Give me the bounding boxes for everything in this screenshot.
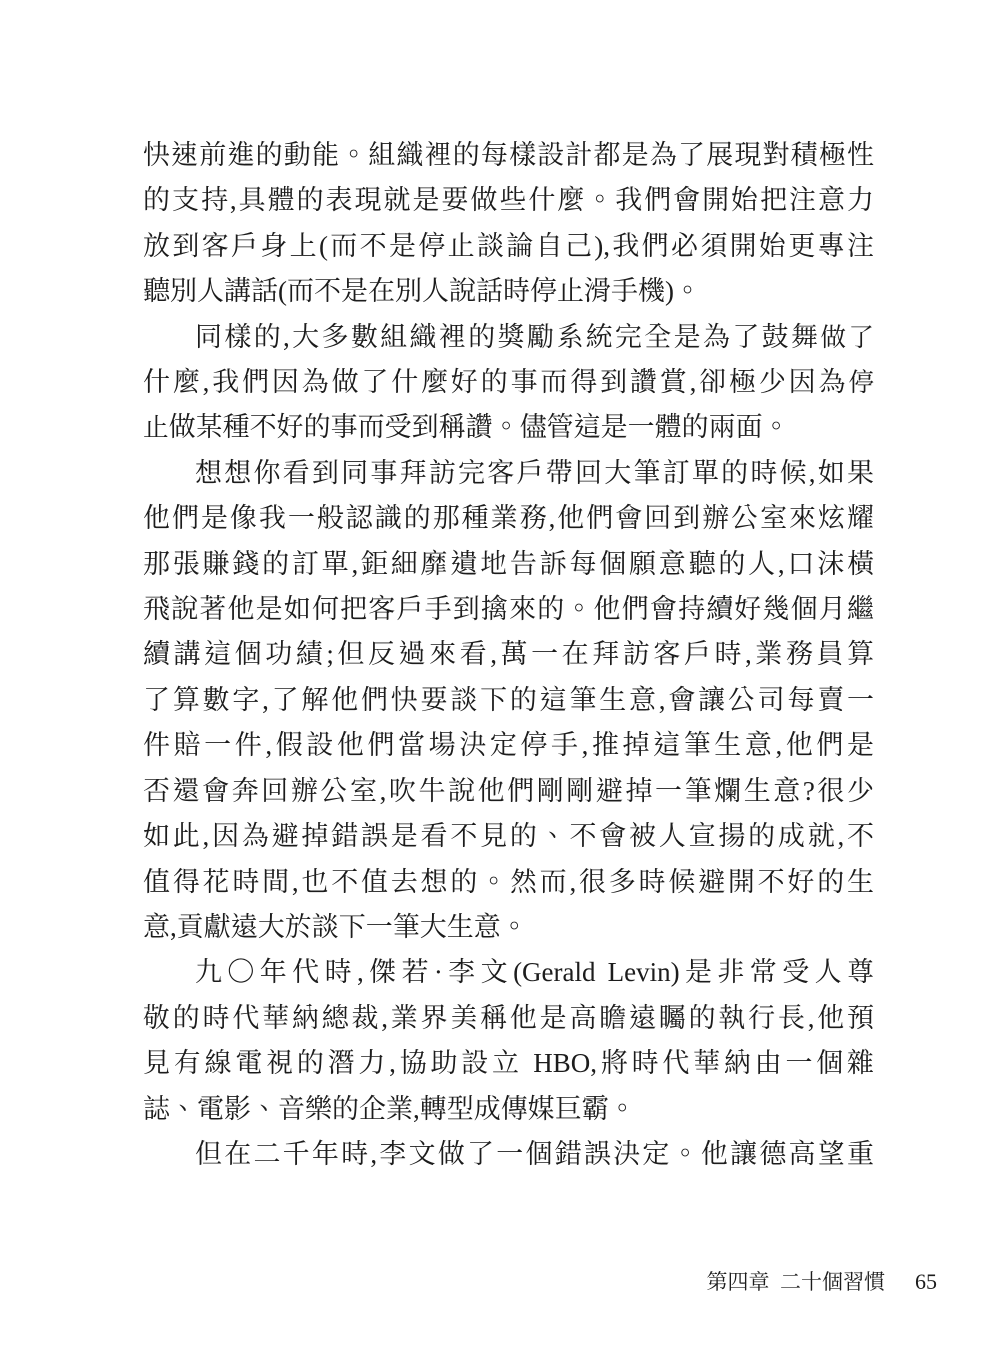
- paragraph: 但在二千年時,李文做了一個錯誤決定。他讓德高望重: [143, 1132, 874, 1177]
- emphasis-text: 止: [143, 413, 169, 442]
- paragraph: 想想你看到同事拜訪完客戶帶回大筆訂單的時候,如果他們是像我一般認識的那種業務,他…: [143, 451, 874, 950]
- text-block: 快速前進的動能。組織裡的每樣設計都是為了展現對積極性的支持,具體的表現就是要做些…: [143, 133, 874, 1177]
- text-line: 續講這個功績;但反過來看,萬一在拜訪客戶時,業務員算: [143, 632, 874, 677]
- text-line: 的支持,具體的表現就是要做些什麼。我們會開始把注意力: [143, 178, 874, 223]
- text-line: 九〇年代時,傑若·李文(Gerald Levin)是非常受人尊: [143, 950, 874, 995]
- page-number: 65: [915, 1267, 937, 1297]
- text-line: 誌、電影、音樂的企業,轉型成傳媒巨霸。: [143, 1087, 874, 1132]
- paragraph: 同樣的,大多數組織裡的獎勵系統完全是為了鼓舞做了什麼,我們因為做了什麼好的事而得…: [143, 315, 874, 451]
- text-line: 放到客戶身上(而不是停止談論自己),我們必須開始更專注: [143, 224, 874, 269]
- text-line: 意,貢獻遠大於談下一筆大生意。: [143, 905, 874, 950]
- text-line: 止做某種不好的事而受到稱讚。儘管這是一體的兩面。: [143, 405, 874, 450]
- paragraph: 九〇年代時,傑若·李文(Gerald Levin)是非常受人尊敬的時代華納總裁,…: [143, 950, 874, 1132]
- text-line: 件賠一件,假設他們當場決定停手,推掉這筆生意,他們是: [143, 723, 874, 768]
- text-line: 敬的時代華納總裁,業界美稱他是高瞻遠矚的執行長,他預: [143, 996, 874, 1041]
- text-line: 什麼,我們因為做了什麼好的事而得到讚賞,卻極少因為停: [143, 360, 874, 405]
- text-line: 快速前進的動能。組織裡的每樣設計都是為了展現對積極性: [143, 133, 874, 178]
- text-line: 如此,因為避掉錯誤是看不見的、不會被人宣揚的成就,不: [143, 814, 874, 859]
- running-title: 第四章 二十個習慣: [707, 1270, 886, 1294]
- text-line: 飛說著他是如何把客戶手到擒來的。他們會持續好幾個月繼: [143, 587, 874, 632]
- emphasis-text: 做了: [820, 323, 874, 352]
- text-line: 見有線電視的潛力,協助設立 HBO,將時代華納由一個雜: [143, 1041, 874, 1086]
- text-line: 那張賺錢的訂單,鉅細靡遺地告訴每個願意聽的人,口沫橫: [143, 542, 874, 587]
- book-page: 快速前進的動能。組織裡的每樣設計都是為了展現對積極性的支持,具體的表現就是要做些…: [0, 0, 1000, 1351]
- text-line: 值得花時間,也不值去想的。然而,很多時候避開不好的生: [143, 860, 874, 905]
- emphasis-text: 停: [848, 368, 874, 397]
- page-footer: 第四章 二十個習慣65: [0, 1267, 937, 1297]
- text-line: 同樣的,大多數組織裡的獎勵系統完全是為了鼓舞做了: [143, 315, 874, 360]
- text-line: 但在二千年時,李文做了一個錯誤決定。他讓德高望重: [143, 1132, 874, 1177]
- text-line: 否還會奔回辦公室,吹牛說他們剛剛避掉一筆爛生意?很少: [143, 769, 874, 814]
- text-line: 想想你看到同事拜訪完客戶帶回大筆訂單的時候,如果: [143, 451, 874, 496]
- text-line: 他們是像我一般認識的那種業務,他們會回到辦公室來炫耀: [143, 496, 874, 541]
- paragraph: 快速前進的動能。組織裡的每樣設計都是為了展現對積極性的支持,具體的表現就是要做些…: [143, 133, 874, 315]
- text-line: 聽別人講話(而不是在別人說話時停止滑手機)。: [143, 269, 874, 314]
- text-line: 了算數字,了解他們快要談下的這筆生意,會讓公司每賣一: [143, 678, 874, 723]
